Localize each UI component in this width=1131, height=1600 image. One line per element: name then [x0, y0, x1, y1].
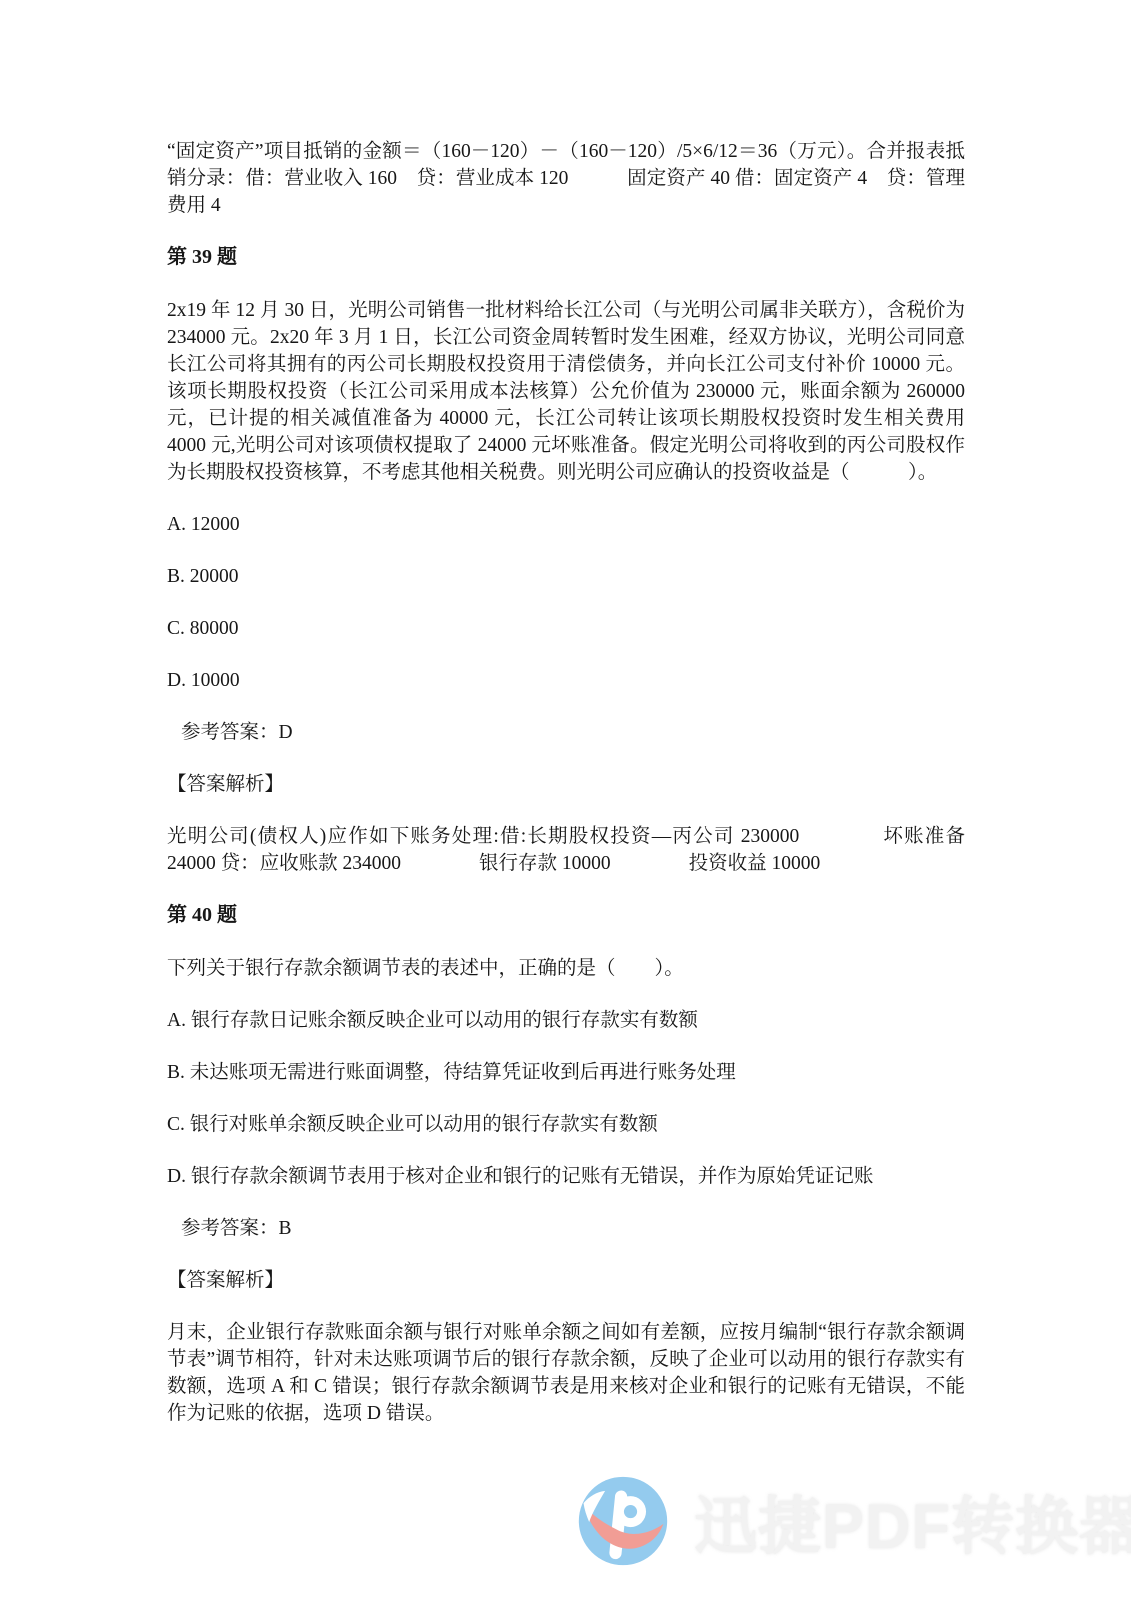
question-40-analysis-heading: 【答案解析】	[167, 1267, 965, 1294]
watermark-text: 迅捷PDF转换器	[694, 1476, 1131, 1567]
question-39-heading: 第 39 题	[167, 244, 965, 271]
question-40-option-d: D. 银行存款余额调节表用于核对企业和银行的记账有无错误，并作为原始凭证记账	[167, 1163, 965, 1190]
question-40-heading: 第 40 题	[167, 902, 965, 929]
question-40-block: 第 40 题 下列关于银行存款余额调节表的表述中，正确的是（ ）。 A. 银行存…	[167, 902, 965, 1427]
question-40-option-a: A. 银行存款日记账余额反映企业可以动用的银行存款实有数额	[167, 1007, 965, 1034]
question-39-body: 2x19 年 12 月 30 日，光明公司销售一批材料给长江公司（与光明公司属非…	[167, 297, 965, 486]
document-content: “固定资产”项目抵销的金额＝（160－120）－（160－120）/5×6/12…	[167, 138, 965, 1452]
pdf-converter-watermark: 迅捷PDF转换器	[576, 1474, 1131, 1568]
question-39-option-b: B. 20000	[167, 563, 965, 590]
question-39-analysis-heading: 【答案解析】	[167, 771, 965, 798]
question-39-block: 第 39 题 2x19 年 12 月 30 日，光明公司销售一批材料给长江公司（…	[167, 244, 965, 877]
question-39-option-c: C. 80000	[167, 615, 965, 642]
question-40-option-c: C. 银行对账单余额反映企业可以动用的银行存款实有数额	[167, 1111, 965, 1138]
question-40-answer: 参考答案：B	[167, 1215, 965, 1242]
question-40-option-b: B. 未达账项无需进行账面调整，待结算凭证收到后再进行账务处理	[167, 1059, 965, 1086]
intro-paragraph: “固定资产”项目抵销的金额＝（160－120）－（160－120）/5×6/12…	[167, 138, 965, 219]
question-40-analysis: 月末，企业银行存款账面余额与银行对账单余额之间如有差额，应按月编制“银行存款余额…	[167, 1319, 965, 1427]
question-39-option-a: A. 12000	[167, 511, 965, 538]
question-39-answer: 参考答案：D	[167, 719, 965, 746]
pdf-converter-logo-icon	[576, 1474, 670, 1568]
question-40-body: 下列关于银行存款余额调节表的表述中，正确的是（ ）。	[167, 955, 965, 982]
question-39-option-d: D. 10000	[167, 667, 965, 694]
question-39-analysis: 光明公司(债权人)应作如下账务处理:借:长期股权投资—丙公司 230000 坏账…	[167, 823, 965, 877]
